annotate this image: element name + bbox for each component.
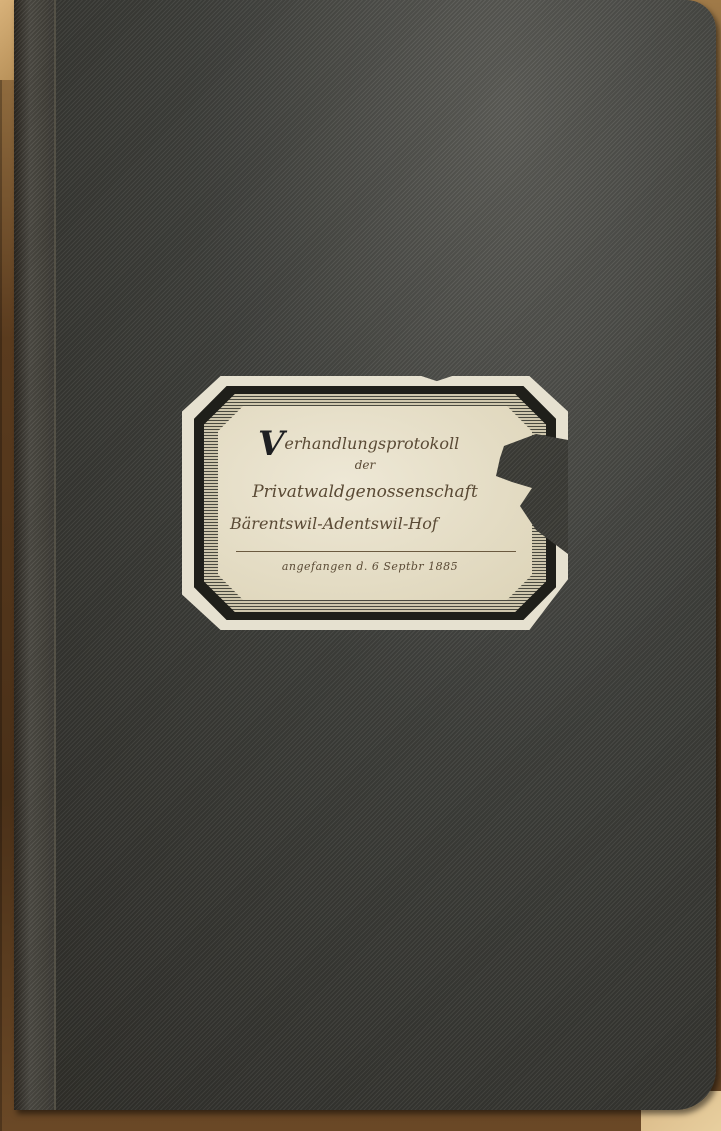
spine-hinge <box>54 0 56 1110</box>
cover-label: Verhandlungsprotokoll der Privatwaldgeno… <box>218 406 532 600</box>
label-der: der <box>208 458 522 472</box>
label-date: angefangen d. 6 Septbr 1885 <box>213 560 527 573</box>
label-place: Bärentswil-Adentswil-Hof <box>230 514 520 533</box>
book-spine <box>14 0 56 1110</box>
label-underline <box>236 551 516 552</box>
label-title-rest: erhandlungsprotokoll <box>284 434 459 453</box>
label-organization: Privatwaldgenossenschaft <box>208 482 522 502</box>
